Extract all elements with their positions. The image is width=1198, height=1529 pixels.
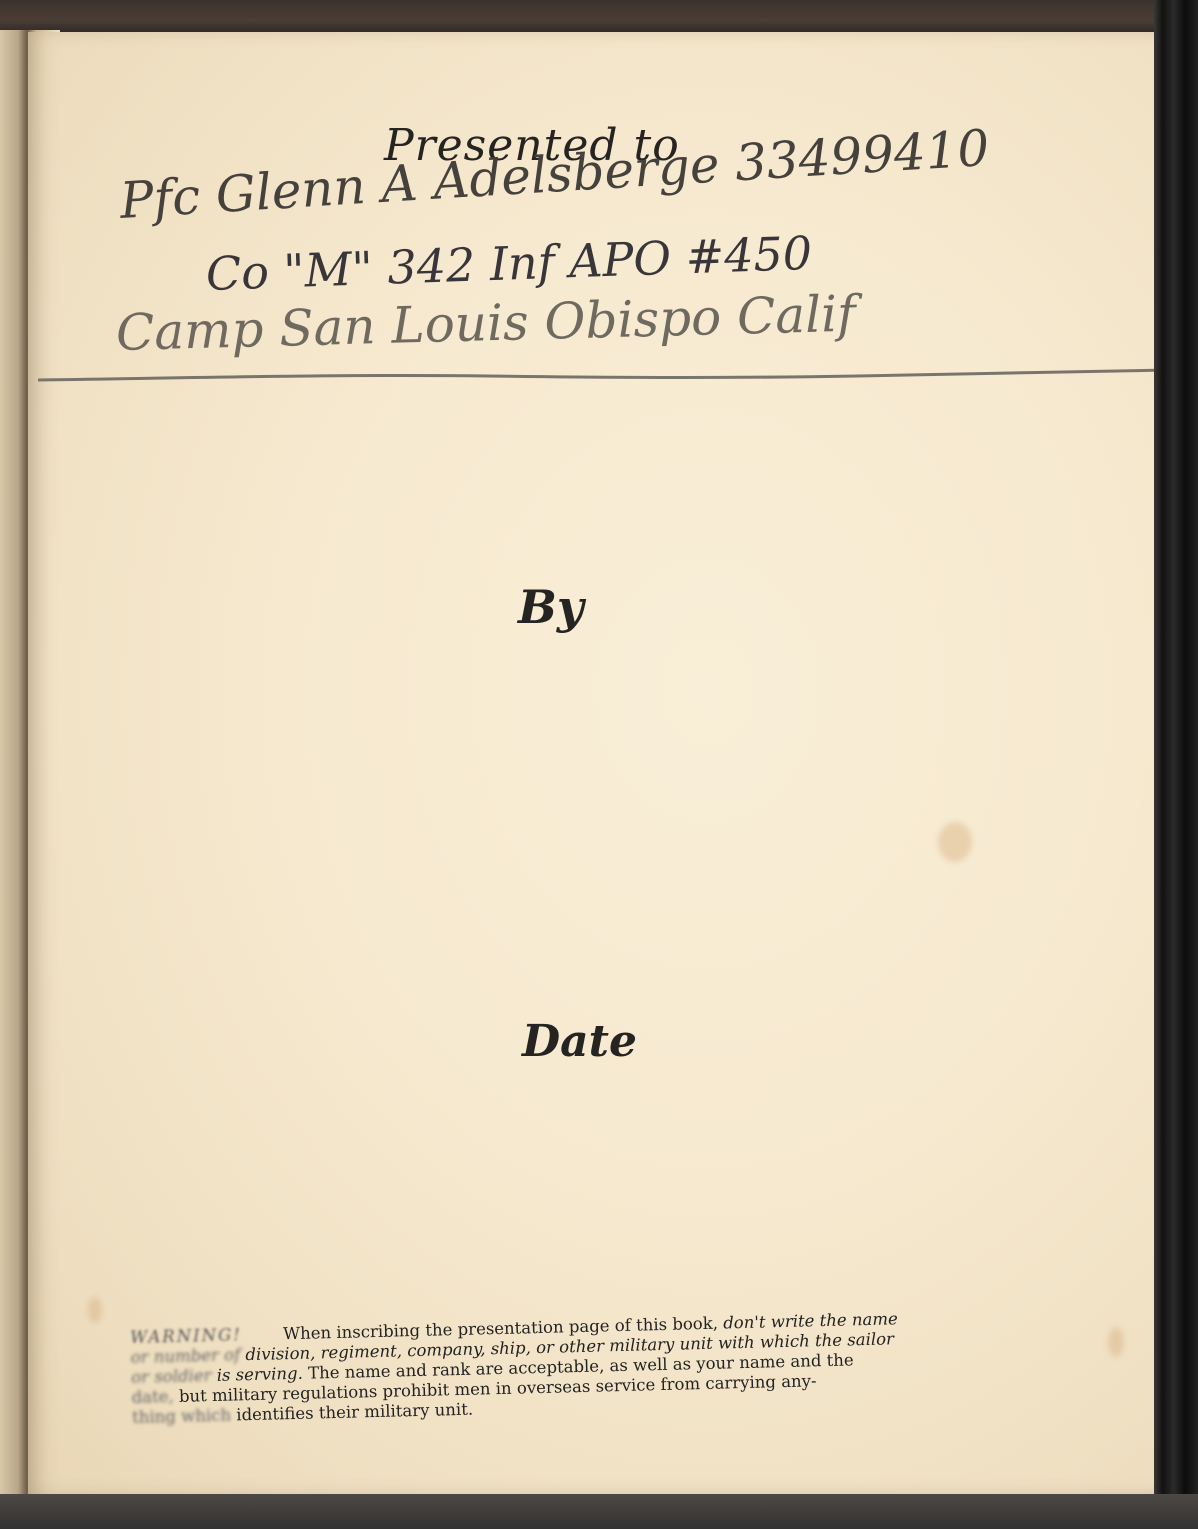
- foxing-stain: [88, 1297, 102, 1323]
- warning-label: WARNING!: [130, 1325, 242, 1347]
- book-binding-edge: [1154, 0, 1198, 1529]
- date-label: Date: [522, 1016, 637, 1067]
- scanned-book-page: Presented to Pfc Glenn A Adelsberge 3349…: [0, 0, 1198, 1529]
- foxing-stain: [1108, 1327, 1124, 1357]
- book-top-edge: [0, 0, 1198, 34]
- handdrawn-underline: [38, 362, 1168, 392]
- by-label: By: [518, 580, 584, 634]
- warning-notice: WARNING! When inscribing the presentatio…: [130, 1305, 1092, 1428]
- presentation-page: Presented to Pfc Glenn A Adelsberge 3349…: [28, 32, 1162, 1494]
- book-bottom-edge: [0, 1494, 1198, 1529]
- foxing-stain: [938, 822, 972, 862]
